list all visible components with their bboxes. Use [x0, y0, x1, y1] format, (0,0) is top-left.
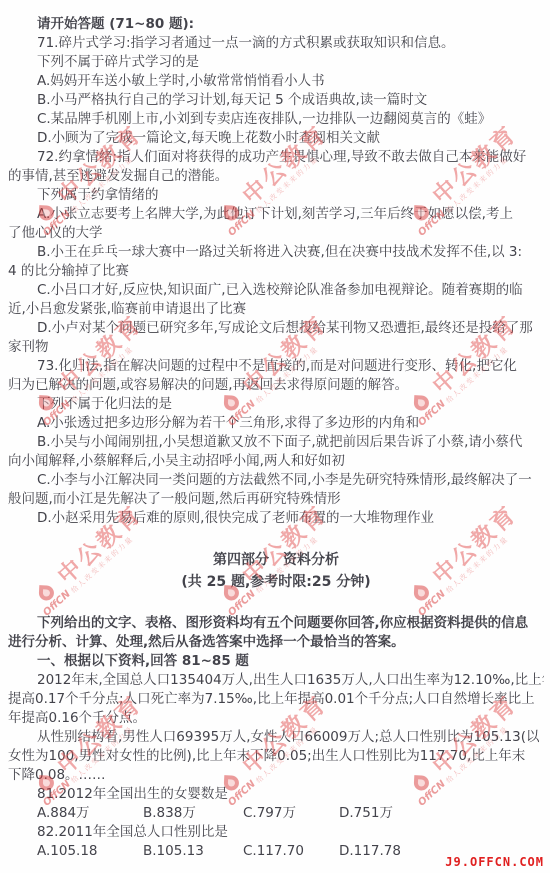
q81-option-a: A.884万 — [37, 804, 143, 823]
instructions-line1: 下列给出的文字、表格、图形资料均有五个问题要你回答,你应根据资料提供的信息 — [8, 614, 544, 633]
exam-page: OffCN中公教育给人改变未来的力量 OffCN中公教育给人改变未来的力量 Of… — [0, 0, 550, 873]
material-para2-l2: 女性为100,男性对女性的比例),比上年末下降0.05;出生人口性别比为117.… — [8, 747, 544, 766]
q81-option-c: C.797万 — [243, 804, 339, 823]
q82-option-b: B.105.13 — [143, 842, 243, 861]
q72-prompt: 下列属于约拿情绪的 — [8, 186, 544, 205]
q73-stem: 73.化归法,指在解决问题的过程中不是直接的,而是对问题进行变形、转化,把它化 — [8, 357, 544, 376]
document-body: 请开始答题 (71~80 题): 71.碎片式学习:指学习者通过一点一滴的方式积… — [0, 0, 550, 861]
spacer — [8, 528, 544, 549]
q72-option-c-cont: 近,小吕愈发紧张,临赛前申请退出了比赛 — [8, 300, 544, 319]
material-para1-l1: 2012年末,全国总人口135404万人,出生人口1635万人,人口出生率为12… — [8, 671, 544, 690]
site-url: J9.OFFCN.COM — [445, 855, 544, 869]
material-para1-l3: 年提高0.16个千分点。 — [8, 709, 544, 728]
material-para2-l1: 从性别结构看,男性人口69395万人,女性人口66009万人;总人口性别比为10… — [8, 728, 544, 747]
q73-option-d: D.小赵采用先易后难的原则,很快完成了老师布置的一大堆物理作业 — [8, 509, 544, 528]
q72-option-a-cont: 了他心仪的大学 — [8, 224, 544, 243]
q81-stem: 81.2012年全国出生的女婴数是 — [8, 785, 544, 804]
q71-option-d: D.小顾为了完成一篇论文,每天晚上花数小时查阅相关文献 — [8, 129, 544, 148]
section-subtitle: (共 25 题,参考时限:25 分钟) — [8, 571, 544, 593]
material-para1-l2: 提高0.17个千分点;人口死亡率为7.15‰,比上年提高0.01个千分点;人口自… — [8, 690, 544, 709]
q73-option-c: C.小李与小江解决同一类问题的方法截然不同,小李是先研究特殊情形,最终解决了一 — [8, 471, 544, 490]
q73-option-c-cont: 般问题,而小江是先解决了一般问题,然后再研究特殊情形 — [8, 490, 544, 509]
q81-option-d: D.751万 — [339, 804, 544, 823]
material-para2-l3: 下降0.08。…… — [8, 766, 544, 785]
q71-option-a: A.妈妈开车送小敏上学时,小敏常常悄悄看小人书 — [8, 72, 544, 91]
instructions-line2: 进行分析、计算、处理,然后从备选答案中选择一个最恰当的答案。 — [8, 633, 544, 652]
q71-prompt: 下列不属于碎片式学习的是 — [8, 53, 544, 72]
q72-option-a: A.小张立志要考上名牌大学,为此他订下计划,刻苦学习,三年后终于如愿以偿,考上 — [8, 205, 544, 224]
material-heading: 一、根据以下资料,回答 81~85 题 — [8, 652, 544, 671]
q71-option-c: C.某品牌手机刚上市,小刘到专卖店连夜排队,一边排队一边翻阅莫言的《蛙》 — [8, 110, 544, 129]
q72-option-b-cont: 4 的比分输掉了比赛 — [8, 262, 544, 281]
q82-option-c: C.117.70 — [243, 842, 339, 861]
q72-option-c: C.小吕口才好,反应快,知识面广,已入选校辩论队准备参加电视辩论。随着赛期的临 — [8, 281, 544, 300]
begin-answer-heading: 请开始答题 (71~80 题): — [8, 15, 544, 34]
q81-option-b: B.838万 — [143, 804, 243, 823]
q73-prompt: 下列不属于化归法的是 — [8, 395, 544, 414]
q73-option-b: B.小吴与小闻闹别扭,小吴想道歉又放不下面子,就把前因后果告诉了小蔡,请小蔡代 — [8, 433, 544, 452]
q73-option-a: A.小张透过把多边形分解为若干个三角形,求得了多边形的内角和 — [8, 414, 544, 433]
section-title: 第四部分 资料分析 — [8, 549, 544, 571]
q72-stem: 72.约拿情绪:指人们面对将获得的成功产生畏惧心理,导致不敢去做自己本来能做好 — [8, 148, 544, 167]
q72-stem-cont: 的事情,甚至逃避发发掘自己的潜能。 — [8, 167, 544, 186]
q72-option-b: B.小王在乒乓一球大赛中一路过关斩将进入决赛,但在决赛中技战术发挥不佳,以 3: — [8, 243, 544, 262]
q82-stem: 82.2011年全国总人口性别比是 — [8, 823, 544, 842]
q73-option-b-cont: 向小闻解释,小蔡解释后,小吴主动招呼小闻,两人和好如初 — [8, 452, 544, 471]
q71-stem: 71.碎片式学习:指学习者通过一点一滴的方式积累或获取知识和信息。 — [8, 34, 544, 53]
q73-stem-cont: 归为已解决的问题,或容易解决的问题,再返回去求得原问题的解答。 — [8, 376, 544, 395]
q72-option-d: D.小卢对某个问题已研究多年,写成论文后想投给某刊物又恐遭拒,最终还是投给了那 — [8, 319, 544, 338]
q71-option-b: B.小马严格执行自己的学习计划,每天记 5 个成语典故,读一篇时文 — [8, 91, 544, 110]
spacer — [8, 593, 544, 614]
q82-option-a: A.105.18 — [37, 842, 143, 861]
q81-options-row: A.884万 B.838万 C.797万 D.751万 — [8, 804, 544, 823]
q72-option-d-cont: 家刊物 — [8, 338, 544, 357]
